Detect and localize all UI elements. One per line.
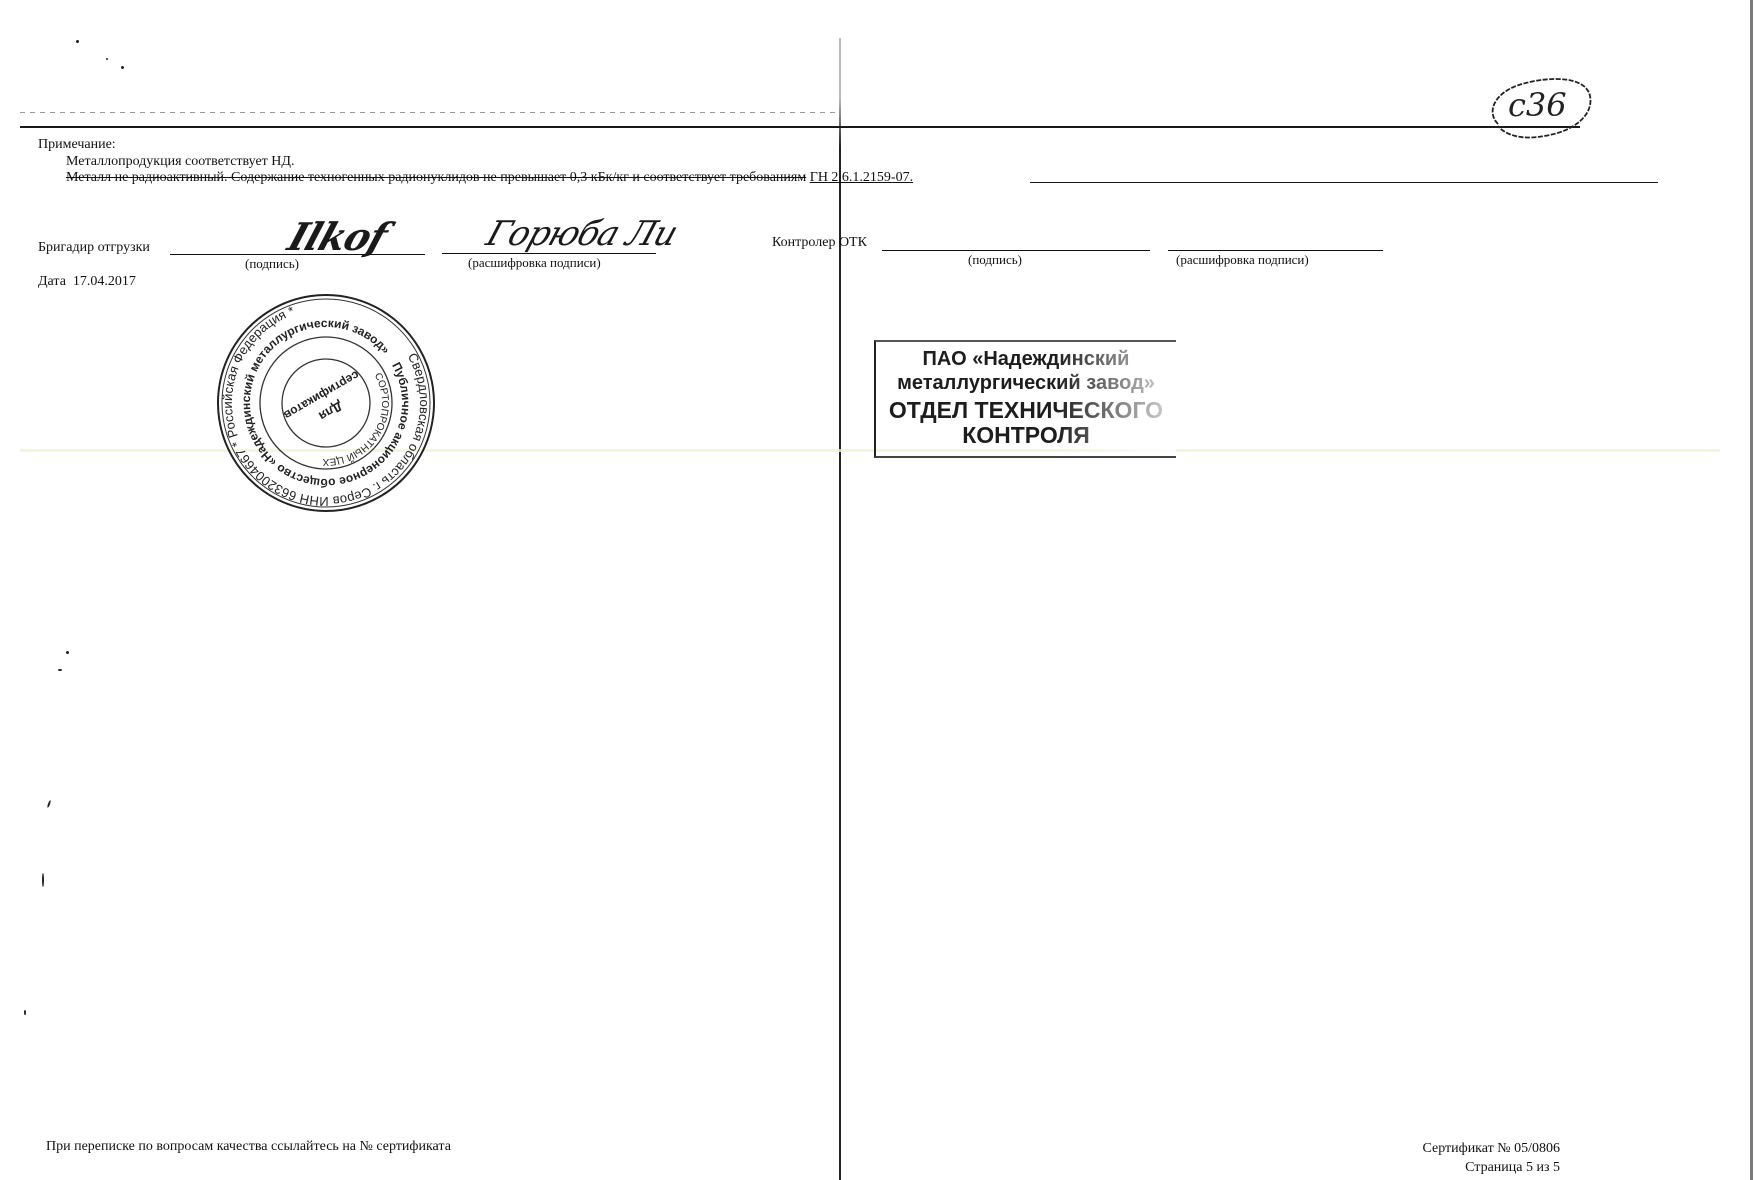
svg-text:Свердловская область г. Серов: Свердловская область г. Серов ИНН 663200… xyxy=(181,258,471,548)
otk-decoding-line xyxy=(1168,250,1383,251)
page-fold-line xyxy=(839,38,841,1180)
otk-controller-label: Контролер ОТК xyxy=(772,235,867,251)
notes-line-radioactivity: Металл не радиоактивный. Содержание техн… xyxy=(66,170,913,186)
stamp-faded-overlay xyxy=(876,342,1176,456)
otk-signature-caption: (подпись) xyxy=(968,252,1022,268)
notes-line-conformity: Металлопродукция соответствует НД. xyxy=(66,154,294,170)
scan-speck xyxy=(121,66,124,69)
rule-top-left xyxy=(20,126,840,128)
foreman-decoding-handwritten: Горюба Ли xyxy=(482,214,683,254)
footer-certificate-info: Сертификат № 05/0806 Страница 5 из 5 xyxy=(1422,1139,1560,1177)
rule-top-right xyxy=(840,126,1580,128)
scan-speck xyxy=(42,873,44,887)
foreman-decoding-caption: (расшифровка подписи) xyxy=(468,255,601,271)
svg-text:Публичное акционерное общество: Публичное акционерное общество «Надеждин… xyxy=(207,284,445,522)
notes-standard-reference: ГН 2.6.1.2159-07. xyxy=(810,170,913,185)
scan-speck xyxy=(76,40,79,43)
scan-speck xyxy=(58,669,62,671)
round-company-stamp: Свердловская область г. Серов ИНН 663200… xyxy=(215,292,437,514)
foreman-signature-scrawl: Ilkof xyxy=(283,214,393,259)
date-value: 17.04.2017 xyxy=(73,274,136,289)
date-label: Дата 17.04.2017 xyxy=(38,274,136,290)
handwritten-circled-mark: с36 xyxy=(1484,74,1596,142)
scan-edge xyxy=(1750,0,1753,1180)
notes-heading: Примечание: xyxy=(38,137,116,153)
handwritten-mark-text: с36 xyxy=(1508,86,1567,124)
otk-department-stamp: ПАО «Надеждинский металлургический завод… xyxy=(874,340,1176,458)
scan-speck xyxy=(106,58,108,60)
page-number: Страница 5 из 5 xyxy=(1422,1158,1560,1177)
rule-dotted xyxy=(20,112,840,113)
rule-notes-end xyxy=(1030,182,1658,183)
scan-speck xyxy=(24,1010,26,1015)
otk-signature-line xyxy=(882,250,1150,251)
scan-speck xyxy=(66,651,69,654)
foreman-signature-caption: (подпись) xyxy=(245,256,299,272)
notes-radioactivity-struck-text: Металл не радиоактивный. Содержание техн… xyxy=(66,170,806,185)
otk-decoding-caption: (расшифровка подписи) xyxy=(1176,252,1309,268)
footer-correspondence-note: При переписке по вопросам качества ссыла… xyxy=(46,1139,451,1155)
date-label-text: Дата xyxy=(38,274,66,289)
certificate-number: Сертификат № 05/0806 xyxy=(1422,1139,1560,1158)
scan-speck xyxy=(47,800,52,808)
shipping-foreman-label: Бригадир отгрузки xyxy=(38,240,150,256)
